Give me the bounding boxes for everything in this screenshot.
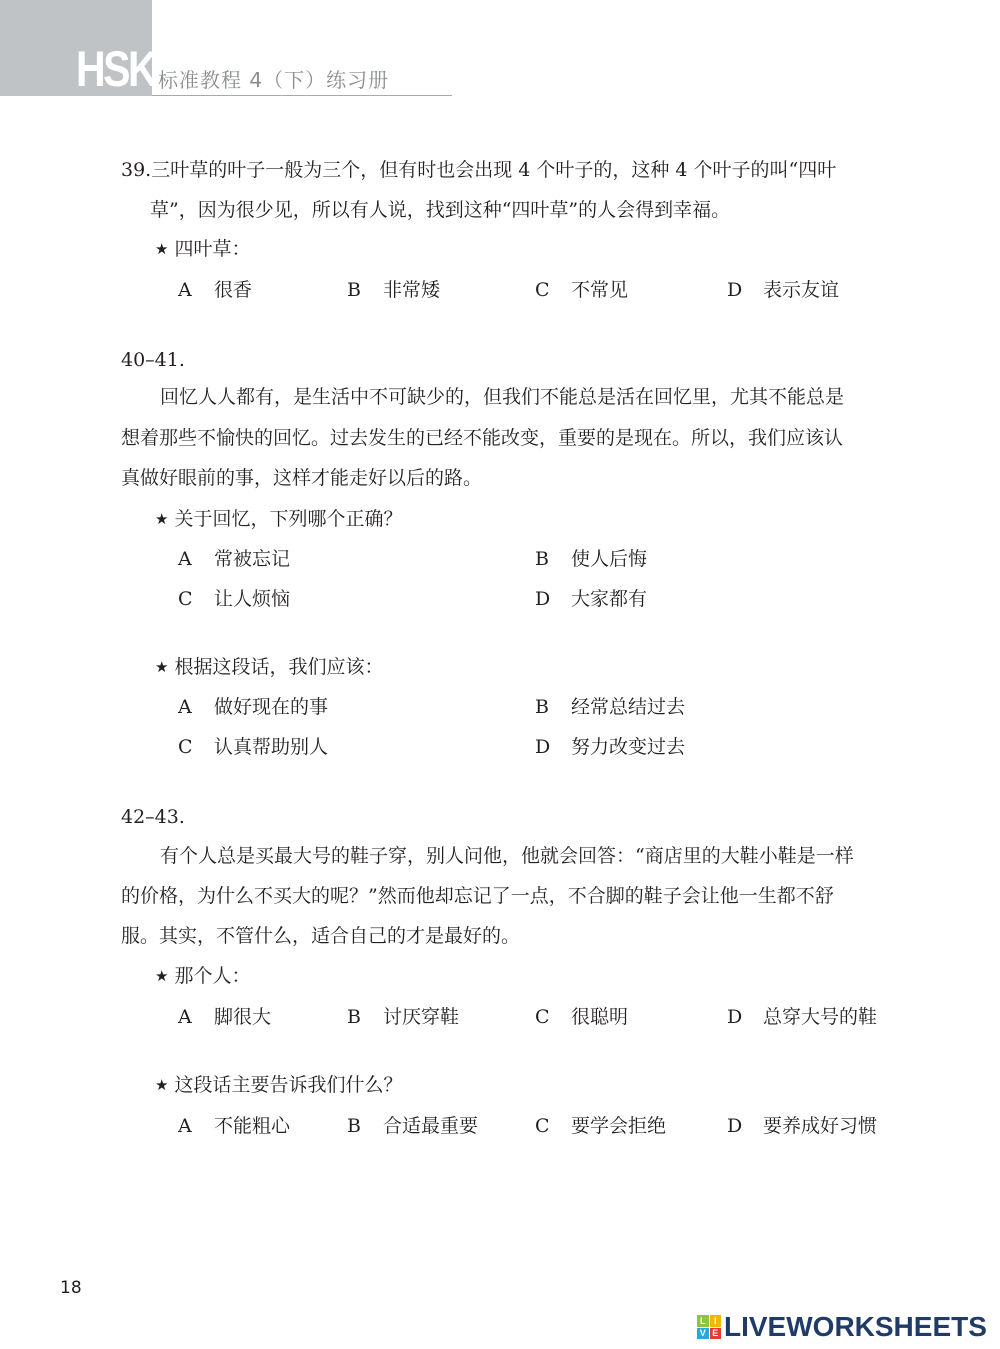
- q42-question: ★那个人：: [155, 963, 250, 990]
- q43-option-c[interactable]: C要学会拒绝: [535, 1113, 666, 1139]
- header-brand: HSK: [76, 42, 155, 96]
- star-icon: ★: [155, 967, 168, 985]
- q39-option-b[interactable]: B非常矮: [347, 277, 440, 303]
- q40-41-number: 40–41.: [121, 347, 185, 373]
- star-icon: ★: [155, 1076, 168, 1094]
- page-number: 18: [60, 1278, 82, 1298]
- q40-option-b[interactable]: B使人后悔: [535, 546, 647, 572]
- q40-option-c[interactable]: C让人烦恼: [178, 586, 290, 612]
- q39-text-line-2: 草”，因为很少见，所以有人说，找到这种“四叶草”的人会得到幸福。: [150, 197, 730, 223]
- logo-tiles-icon: L I V E: [697, 1315, 721, 1339]
- logo-text: LIVEWORKSHEETS: [724, 1311, 987, 1343]
- q42-43-passage-line-2: 的价格，为什么不买大的呢？”然而他却忘记了一点，不合脚的鞋子会让他一生都不舒: [121, 883, 834, 909]
- q41-option-c[interactable]: C认真帮助别人: [178, 734, 328, 760]
- q42-43-number: 42–43.: [121, 804, 185, 830]
- q43-question: ★这段话主要告诉我们什么？: [155, 1072, 402, 1099]
- q40-41-passage-line-3: 真做好眼前的事，这样才能走好以后的路。: [121, 465, 482, 491]
- q41-option-b[interactable]: B经常总结过去: [535, 694, 685, 720]
- q43-option-a[interactable]: A不能粗心: [178, 1113, 290, 1139]
- q39-option-c[interactable]: C不常见: [535, 277, 628, 303]
- q39-option-a[interactable]: A很香: [178, 277, 252, 303]
- star-icon: ★: [155, 510, 168, 528]
- q42-option-a[interactable]: A脚很大: [178, 1004, 271, 1030]
- q40-41-passage-line-2: 想着那些不愉快的回忆。过去发生的已经不能改变，重要的是现在。所以，我们应该认: [121, 425, 843, 451]
- q43-option-b[interactable]: B合适最重要: [347, 1113, 478, 1139]
- q39-number: 39.: [121, 159, 151, 181]
- q40-option-d[interactable]: D大家都有: [535, 586, 647, 612]
- q39-option-d[interactable]: D表示友谊: [727, 277, 839, 303]
- liveworksheets-logo[interactable]: L I V E LIVEWORKSHEETS: [697, 1313, 987, 1341]
- q41-option-d[interactable]: D努力改变过去: [535, 734, 685, 760]
- q43-option-d[interactable]: D要养成好习惯: [727, 1113, 877, 1139]
- book-title: 标准教程 4（下）练习册: [158, 64, 389, 93]
- q40-question: ★关于回忆，下列哪个正确？: [155, 506, 402, 533]
- header-divider: [152, 95, 452, 96]
- q41-question: ★根据这段话，我们应该：: [155, 654, 383, 681]
- star-icon: ★: [155, 658, 168, 676]
- q42-43-passage-line-1: 有个人总是买最大号的鞋子穿，别人问他，他就会回答：“商店里的大鞋小鞋是一样: [160, 843, 854, 869]
- q42-option-c[interactable]: C很聪明: [535, 1004, 628, 1030]
- q40-option-a[interactable]: A常被忘记: [178, 546, 290, 572]
- q39-question: ★四叶草：: [155, 236, 250, 263]
- q42-option-d[interactable]: D总穿大号的鞋: [727, 1004, 877, 1030]
- q39-text-line-1: 39.三叶草的叶子一般为三个，但有时也会出现 4 个叶子的，这种 4 个叶子的叫…: [121, 157, 836, 183]
- q41-option-a[interactable]: A做好现在的事: [178, 694, 328, 720]
- q42-43-passage-line-3: 服。其实，不管什么，适合自己的才是最好的。: [121, 923, 520, 949]
- star-icon: ★: [155, 240, 168, 258]
- q40-41-passage-line-1: 回忆人人都有，是生活中不可缺少的，但我们不能总是活在回忆里，尤其不能总是: [160, 384, 844, 410]
- q42-option-b[interactable]: B讨厌穿鞋: [347, 1004, 459, 1030]
